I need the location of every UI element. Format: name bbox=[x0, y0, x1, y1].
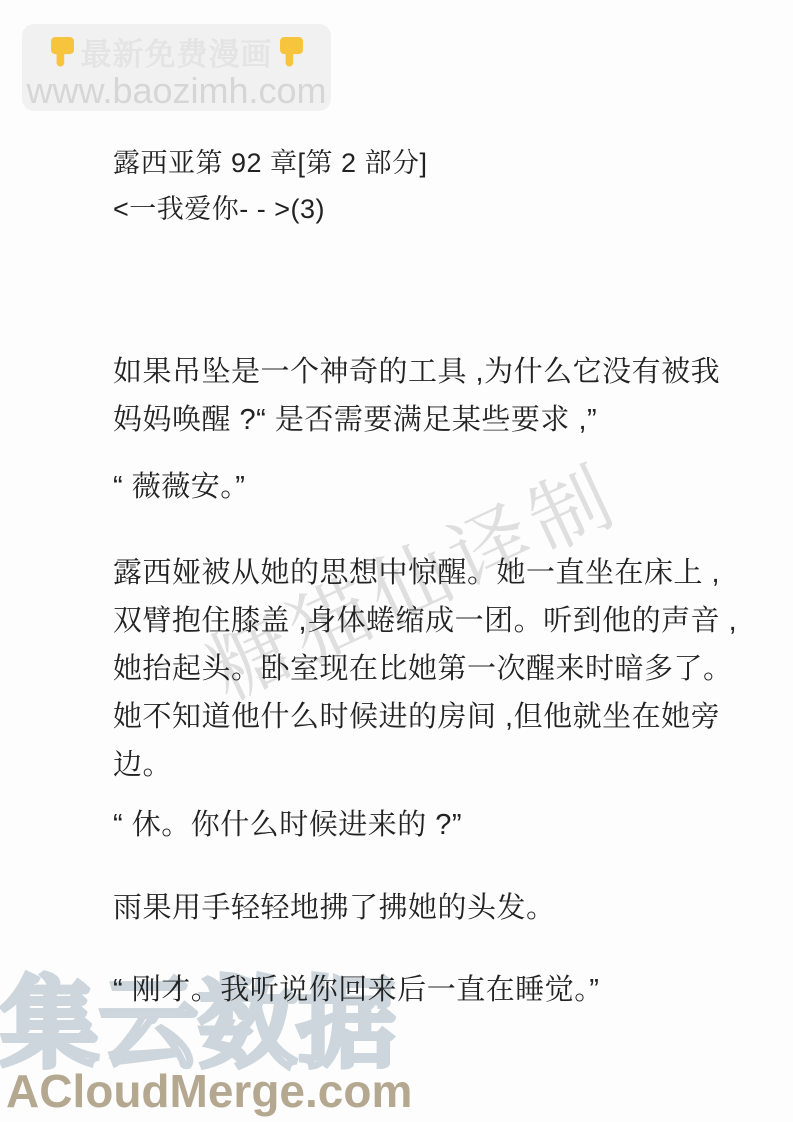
promo-text: 最新免费漫画 bbox=[81, 29, 273, 74]
paragraph-6: “ 刚才。我听说你回来后一直在睡觉。” bbox=[113, 966, 599, 1014]
text-line: 双臂抱住膝盖 ,身体蜷缩成一团。听到他的声音 , bbox=[113, 597, 737, 645]
text-line: “ 薇薇安。” bbox=[113, 463, 245, 511]
text-line: 雨果用手轻轻地拂了拂她的头发。 bbox=[113, 884, 556, 932]
aggregator-site-watermark: ACloudMerge.com bbox=[6, 1064, 412, 1118]
chapter-title-line1: 露西亚第 92 章[第 2 部分] bbox=[113, 140, 428, 186]
paragraph-1: 如果吊坠是一个神奇的工具 ,为什么它没有被我 妈妈唤醒 ?“ 是否需要满足某些要… bbox=[113, 348, 720, 444]
text-line: 妈妈唤醒 ?“ 是否需要满足某些要求 ,” bbox=[113, 396, 720, 444]
pointing-down-hand-icon bbox=[46, 34, 79, 69]
text-line: “ 休。你什么时候进来的 ?” bbox=[113, 801, 462, 849]
text-line: 她抬起头。卧室现在比她第一次醒来时暗多了。 bbox=[113, 645, 737, 693]
novel-page: 最新免费漫画 www.baozimh.com 糖猫仙译制 集云数据 ACloud… bbox=[0, 0, 793, 1122]
promo-banner: 最新免费漫画 www.baozimh.com bbox=[22, 24, 331, 111]
paragraph-2: “ 薇薇安。” bbox=[113, 463, 245, 511]
chapter-title-line2: <一我爱你- - >(3) bbox=[113, 186, 428, 232]
chapter-title: 露西亚第 92 章[第 2 部分] <一我爱你- - >(3) bbox=[113, 140, 428, 232]
promo-banner-line1: 最新免费漫画 bbox=[22, 29, 331, 74]
text-line: 如果吊坠是一个神奇的工具 ,为什么它没有被我 bbox=[113, 348, 720, 396]
promo-url: www.baozimh.com bbox=[22, 70, 331, 112]
paragraph-3: 露西娅被从她的思想中惊醒。她一直坐在床上 , 双臂抱住膝盖 ,身体蜷缩成一团。听… bbox=[113, 549, 737, 789]
text-line: 她不知道他什么时候进的房间 ,但他就坐在她旁 bbox=[113, 693, 737, 741]
paragraph-4: “ 休。你什么时候进来的 ?” bbox=[113, 801, 462, 849]
text-line: 边。 bbox=[113, 741, 737, 789]
text-line: “ 刚才。我听说你回来后一直在睡觉。” bbox=[113, 966, 599, 1014]
text-line: 露西娅被从她的思想中惊醒。她一直坐在床上 , bbox=[113, 549, 737, 597]
paragraph-5: 雨果用手轻轻地拂了拂她的头发。 bbox=[113, 884, 556, 932]
pointing-down-hand-icon bbox=[275, 34, 308, 69]
